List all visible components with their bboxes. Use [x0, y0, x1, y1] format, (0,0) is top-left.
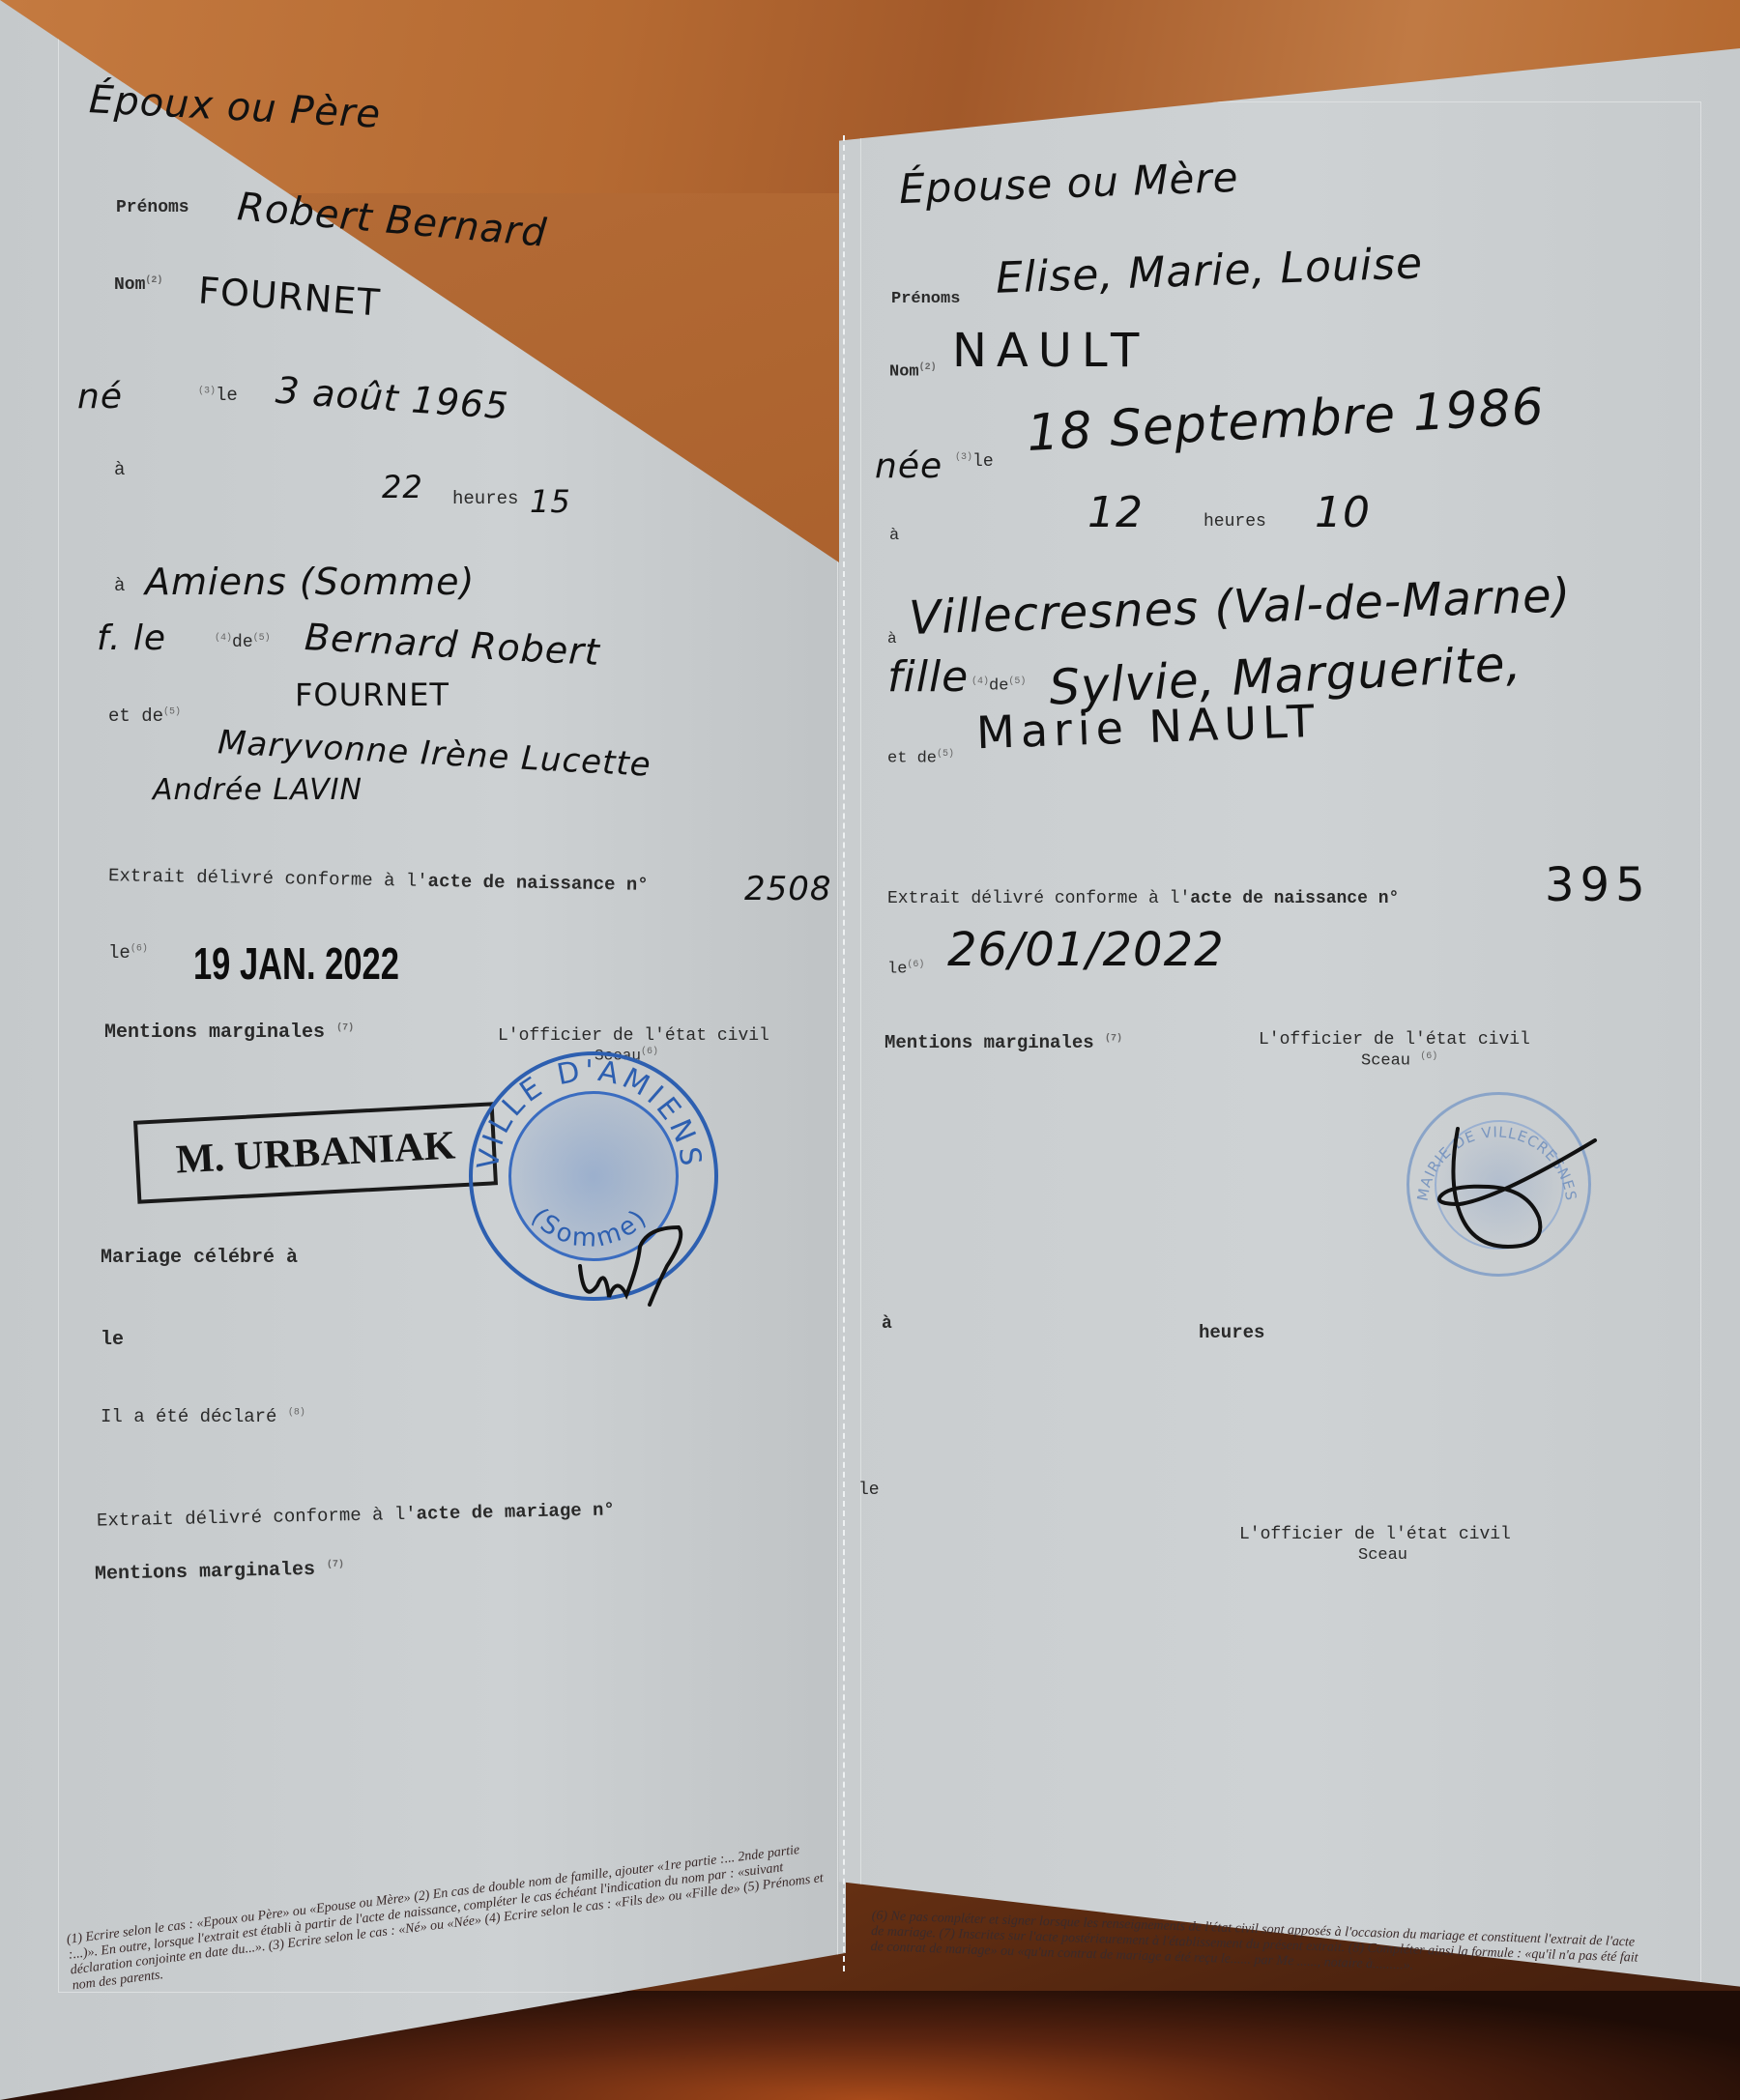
left-a-label: à	[114, 459, 125, 480]
left-mother-line2: Andrée LAVIN	[153, 773, 362, 807]
declare-label: Il a été déclaré	[101, 1406, 276, 1427]
right-issued-le-label: le	[887, 961, 907, 979]
right-mentions-label: Mentions marginales	[884, 1032, 1094, 1053]
left-et-de-label: et de	[108, 705, 163, 727]
left-father-line2: FOURNET	[295, 676, 449, 713]
left-place-value: Amiens (Somme)	[145, 561, 475, 603]
left-prenoms-label: Prénoms	[116, 198, 189, 217]
amiens-officer-signature	[570, 1208, 706, 1314]
svg-text:VILLE D'AMIENS: VILLE D'AMIENS	[472, 1054, 709, 1172]
right-extract-bold: acte de naissance n°	[1190, 889, 1399, 908]
left-extract-number: 2508	[744, 870, 832, 908]
right-hour-value: 12	[1087, 488, 1144, 537]
right-heures-label: heures	[1203, 512, 1266, 532]
right-minute-value: 10	[1315, 488, 1371, 537]
right-place-a-label: à	[887, 630, 897, 647]
right-le-label: le	[972, 452, 994, 472]
left-place-a-label: à	[114, 575, 125, 596]
right-et-de-label: et de	[887, 750, 937, 768]
booklet-spine	[843, 135, 847, 1971]
right-a-label: à	[889, 527, 899, 545]
right-mariage-le-label: le	[858, 1481, 880, 1500]
right-de-label: de	[989, 677, 1008, 696]
right-mariage-heures-label: heures	[1199, 1322, 1264, 1343]
right-nom-label: Nom	[889, 363, 919, 382]
left-extract-mariage-bold: acte de mariage n°	[416, 1499, 615, 1524]
mariage-celebre-label: Mariage célébré à	[101, 1247, 298, 1269]
left-filiation-label: f. le	[97, 618, 166, 658]
left-ne-label: né	[77, 377, 123, 417]
left-de-label: de	[232, 633, 253, 652]
left-issued-date-stamp: 19 JAN. 2022	[193, 937, 399, 990]
left-issued-le-label: le	[108, 942, 130, 964]
left-mentions-label: Mentions marginales	[104, 1021, 325, 1044]
right-officer-label: L'officier de l'état civil	[1259, 1030, 1530, 1050]
villecresnes-officer-signature	[1431, 1111, 1605, 1256]
right-prenoms-label: Prénoms	[891, 290, 960, 308]
right-nom-value: NAULT	[952, 324, 1148, 378]
right-extract-number: 395	[1545, 858, 1651, 912]
left-page	[0, 0, 846, 2100]
left-hour-value: 22	[382, 469, 423, 505]
right-sceau2-label: Sceau	[1358, 1546, 1407, 1565]
right-sceau-label: Sceau	[1361, 1052, 1410, 1071]
left-mentions2-label: Mentions marginales	[95, 1559, 315, 1586]
right-ne-label: née	[875, 446, 942, 486]
left-heures-label: heures	[452, 488, 518, 509]
right-issued-date: 26/01/2022	[947, 923, 1225, 977]
right-extract-text: Extrait délivré conforme à l'	[887, 889, 1190, 908]
left-minute-value: 15	[530, 483, 571, 520]
left-page-frame	[58, 39, 838, 1993]
right-filiation-label: fille	[887, 652, 969, 702]
left-nom-label: Nom(2)	[114, 275, 162, 295]
left-le-label: le	[216, 385, 238, 406]
left-officer-label: L'officier de l'état civil	[498, 1026, 769, 1046]
left-extract-bold: acte de naissance n°	[427, 871, 648, 896]
mariage-le-label: le	[101, 1329, 124, 1351]
right-mariage-a-label: à	[882, 1314, 892, 1334]
right-officer2-label: L'officier de l'état civil	[1239, 1525, 1511, 1544]
